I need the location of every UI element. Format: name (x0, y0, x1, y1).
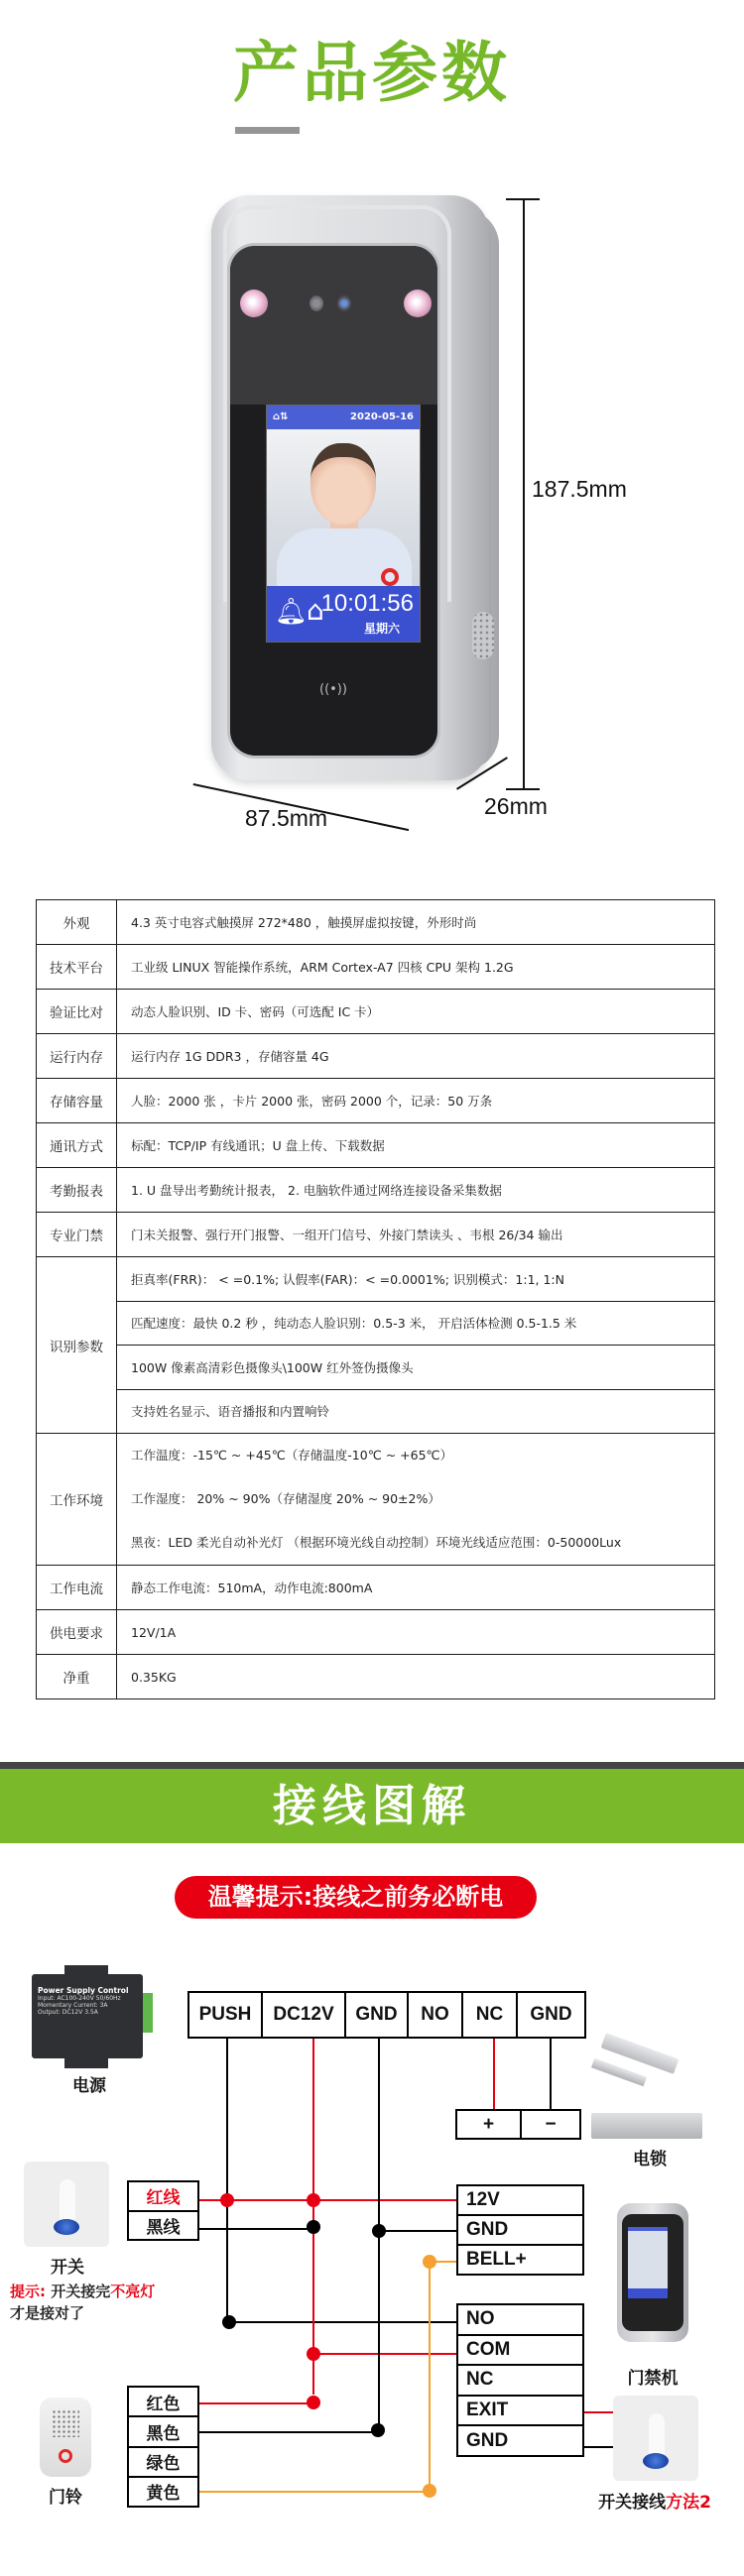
junction-dot (307, 2396, 320, 2409)
screen-time: 10:01:56 (321, 590, 414, 618)
ir-led-left-icon (240, 290, 268, 317)
table-row: 验证比对动态人脸识别、ID 卡、密码（可选配 IC 卡） (37, 990, 715, 1034)
terminal-block-icon (143, 1993, 153, 2033)
brand-logo-icon (381, 568, 399, 586)
switch-caption: 开关 (38, 2253, 97, 2278)
switch-note: 提示: 开关接完不亮灯 才是接对了 (10, 2281, 155, 2324)
wire-nc-to-lock (493, 2039, 495, 2109)
terminal-gnd: GND (458, 2426, 582, 2455)
junction-dot (222, 2315, 236, 2329)
height-dimension-label: 187.5mm (532, 476, 627, 503)
table-row: 支持姓名显示、语音播报和内置响铃 (37, 1389, 715, 1434)
table-row: 考勤报表1. U 盘导出考勤统计报表， 2. 电脑软件通过网络连接设备采集数据 (37, 1168, 715, 1213)
height-dimension-line (523, 198, 525, 789)
power-supply-caption: 电源 (60, 2071, 119, 2096)
terminal-dc12v: DC12V (263, 1993, 346, 2037)
spec-table: 外观4.3 英寸电容式触摸屏 272*480 ，触摸屏虚拟按键，外形时尚 技术平… (36, 899, 715, 1699)
wire-label-black: 黑色 (129, 2417, 197, 2447)
table-row: 工作电流静态工作电流：510mA，动作电流:800mA (37, 1566, 715, 1610)
bell-icon: 🔔︎ (275, 598, 308, 626)
wire-push-to-no (227, 2321, 456, 2323)
network-icon: ⌂⇅ (273, 406, 289, 429)
wire-label-red: 红线 (129, 2182, 197, 2212)
wire-exit-gnd (584, 2446, 613, 2448)
screen-bottom-bar: 🔔︎ ⌂ 10:01:56 星期六 (267, 586, 420, 642)
ir-led-right-icon (404, 290, 432, 317)
wire-label-red: 红色 (129, 2388, 197, 2417)
exit-switch-image-2 (613, 2396, 698, 2481)
wire-dc12v (312, 2039, 314, 2395)
wiring-section-title: 接线图解 (0, 1769, 744, 1843)
lock-terminals: + − (455, 2109, 581, 2140)
switch-method2-caption: 开关接线方法2 (595, 2488, 714, 2513)
terminal-nc: NC (463, 1993, 518, 2037)
wire-label-black: 黑线 (129, 2212, 197, 2240)
screen-weekday: 星期六 (364, 620, 400, 637)
wire-switch-black (199, 2228, 312, 2230)
wire-exit (584, 2411, 613, 2413)
wire-dc12v-to-12v (313, 2199, 456, 2201)
brand-logo-icon (59, 2449, 72, 2463)
table-row: 专业门禁门未关报警、强行开门报警、一组开门信号、外接门禁读头 、韦根 26/34… (37, 1213, 715, 1257)
table-row: 存储容量人脸：2000 张 ，卡片 2000 张，密码 2000 个，记录：50… (37, 1079, 715, 1123)
table-row: 供电要求12V/1A (37, 1610, 715, 1655)
lock-terminal-minus: − (522, 2111, 579, 2138)
warning-tip-badge: 温馨提示:接线之前务必断电 (175, 1876, 537, 1919)
terminal-exit: EXIT (458, 2397, 582, 2427)
doorbell-image (40, 2398, 91, 2477)
ir-camera-icon (337, 295, 351, 311)
junction-dot (423, 2255, 436, 2269)
lock-terminal-plus: + (457, 2111, 522, 2138)
title-underline (235, 127, 300, 134)
junction-dot (307, 2220, 320, 2234)
junction-dot (307, 2347, 320, 2361)
width-dimension-label: 87.5mm (245, 805, 327, 832)
table-row: 工作环境 工作温度：-15℃ ~ +45℃（存储温度-10℃ ~ +65℃） 工… (37, 1434, 715, 1566)
terminal-no: NO (409, 1993, 463, 2037)
controller-power-terminals: 12V GND BELL+ (456, 2184, 584, 2276)
table-row: 通讯方式标配：TCP/IP 有线通讯；U 盘上传、下载数据 (37, 1123, 715, 1168)
camera-icon (310, 295, 323, 311)
terminal-nc: NC (458, 2366, 582, 2397)
device-image: ⌂⇅ 2020-05-16 🔔︎ ⌂ 10:01:56 星期六 ((•)) (211, 195, 499, 790)
wire-bell-black (199, 2431, 379, 2433)
table-row: 运行内存运行内存 1G DDR3 ，存储容量 4G (37, 1034, 715, 1079)
speaker-grille-icon (52, 2409, 79, 2437)
face-photo (267, 429, 420, 588)
switch-button-icon (54, 2219, 79, 2235)
doorbell-caption: 门铃 (36, 2483, 95, 2508)
depth-dimension-label: 26mm (484, 793, 548, 820)
junction-dot (371, 2423, 385, 2437)
wire-bell-red (199, 2402, 312, 2404)
controller-relay-terminals: NO COM NC EXIT GND (456, 2303, 584, 2457)
access-controller-image (617, 2203, 688, 2342)
terminal-gnd: GND (458, 2216, 582, 2246)
terminal-gnd: GND (346, 1993, 409, 2037)
wire-label-yellow: 黄色 (129, 2478, 197, 2506)
wire-bell-yellow (199, 2491, 430, 2493)
table-row: 识别参数拒真率(FRR)： < =0.1%; 认假率(FAR)：< =0.000… (37, 1257, 715, 1302)
table-row: 100W 像素高清彩色摄像头\100W 红外签伪摄像头 (37, 1346, 715, 1390)
table-row: 技术平台工业级 LINUX 智能操作系统，ARM Cortex-A7 四核 CP… (37, 945, 715, 990)
device-screen: ⌂⇅ 2020-05-16 🔔︎ ⌂ 10:01:56 星期六 (266, 405, 421, 643)
junction-dot (307, 2193, 320, 2207)
junction-dot (372, 2224, 386, 2238)
terminal-no: NO (458, 2305, 582, 2336)
nfc-icon: ((•)) (319, 682, 347, 697)
junction-dot (423, 2484, 436, 2498)
terminal-bell: BELL+ (458, 2246, 582, 2274)
terminal-push: PUSH (189, 1993, 263, 2037)
section-divider (0, 1762, 744, 1769)
wire-gnd-to-gnd (379, 2230, 456, 2232)
wire-dc12v-to-com (313, 2353, 456, 2355)
page-title: 产品参数 (0, 34, 744, 113)
wire-push (226, 2039, 228, 2322)
wire-bell-vertical (429, 2261, 431, 2491)
screen-status-bar: ⌂⇅ 2020-05-16 (267, 406, 420, 429)
wire-gnd-to-lock (550, 2039, 552, 2109)
electric-lock-image (591, 2046, 690, 2135)
wire-label-green: 绿色 (129, 2448, 197, 2478)
terminal-12v: 12V (458, 2186, 582, 2216)
lock-caption: 电锁 (620, 2145, 680, 2169)
screen-date: 2020-05-16 (350, 406, 414, 429)
power-supply-terminals: PUSH DC12V GND NO NC GND (187, 1991, 586, 2039)
power-supply-image: Power Supply Control Input: AC100-240V 5… (32, 1974, 143, 2058)
speaker-grille-icon (472, 612, 494, 659)
table-row: 匹配速度：最快 0.2 秒 ，纯动态人脸识别：0.5-3 米， 开启活体检测 0… (37, 1301, 715, 1346)
person-face (310, 443, 376, 525)
switch-button-icon (643, 2453, 669, 2469)
wire-switch-red (199, 2199, 313, 2201)
table-row: 净重0.35KG (37, 1655, 715, 1699)
doorbell-wire-labels: 红色 黑色 绿色 黄色 (127, 2386, 199, 2508)
table-row: 外观4.3 英寸电容式触摸屏 272*480 ，触摸屏虚拟按键，外形时尚 (37, 900, 715, 945)
device-glass: ⌂⇅ 2020-05-16 🔔︎ ⌂ 10:01:56 星期六 ((•)) (227, 243, 440, 759)
terminal-com: COM (458, 2336, 582, 2367)
access-controller-caption: 门禁机 (610, 2364, 695, 2389)
terminal-gnd-2: GND (518, 1993, 584, 2037)
exit-switch-image (24, 2162, 109, 2247)
junction-dot (220, 2193, 234, 2207)
switch-wire-labels: 红线 黑线 (127, 2180, 199, 2241)
